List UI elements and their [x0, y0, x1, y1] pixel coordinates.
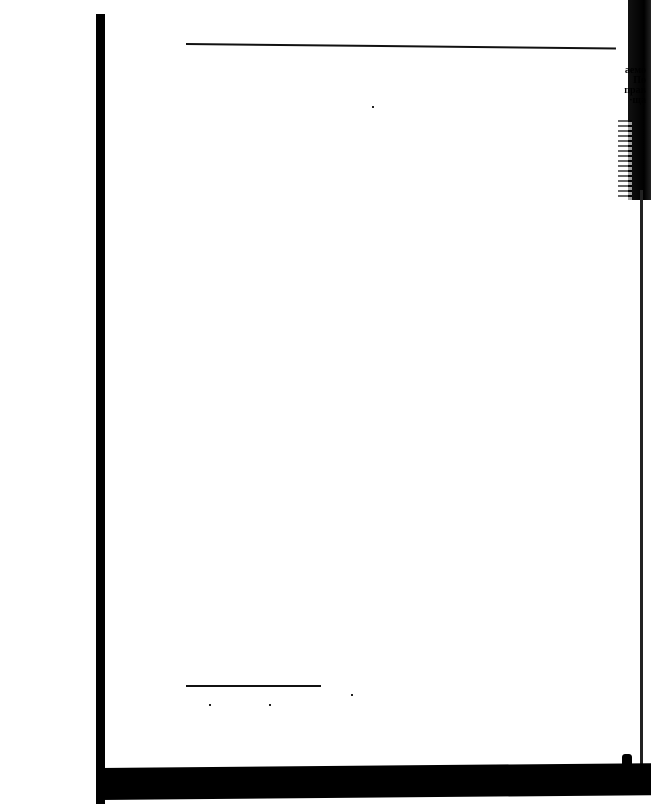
header-rule: [186, 43, 616, 50]
scan-speck: [351, 694, 353, 696]
margin-text-line: ·ща: [596, 96, 646, 106]
scanned-page: аемо По прав ·ща: [0, 0, 651, 811]
scan-speck: [269, 704, 271, 706]
page-right-border-line: [640, 190, 643, 770]
page-right-scan-noise: [618, 120, 632, 200]
cut-off-margin-text: аемо По прав ·ща: [596, 66, 646, 106]
page-left-scan-edge: [96, 14, 105, 804]
scan-speck: [372, 106, 374, 108]
page-bottom-scan-edge: [100, 763, 651, 800]
scan-speck: [209, 704, 211, 706]
footnote-rule: [186, 685, 321, 687]
